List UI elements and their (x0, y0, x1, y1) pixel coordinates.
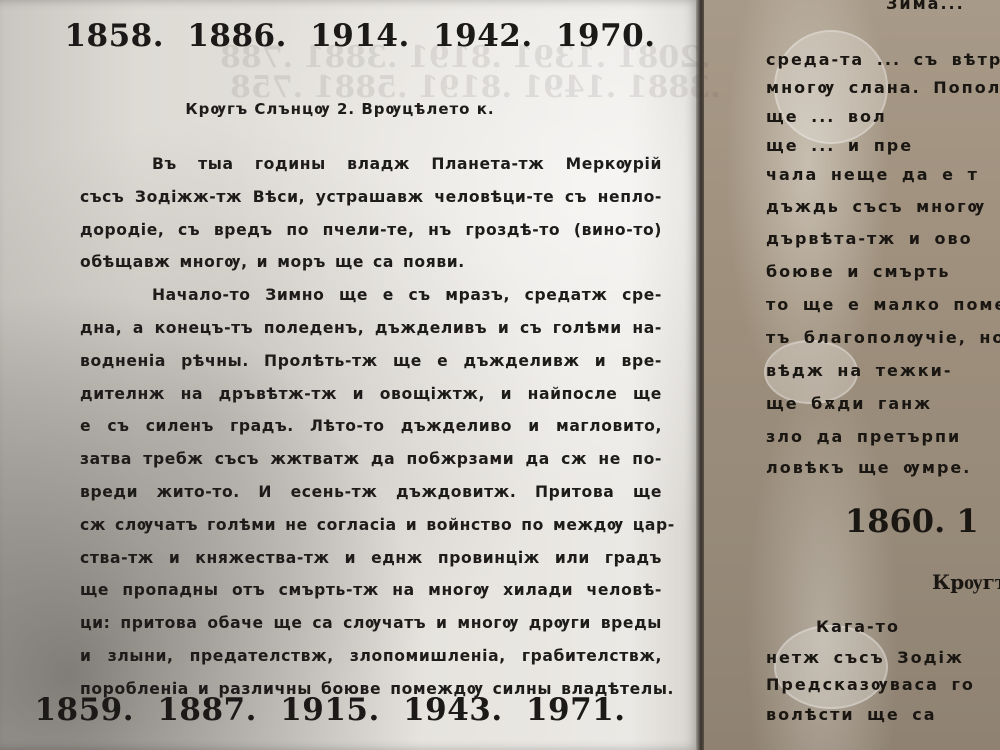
year: 1914. (310, 18, 410, 54)
text-line: нетж съсъ Зодіж (766, 648, 964, 667)
text-line: то ще е малко помеж (766, 295, 1000, 314)
right-page-year: 1860. 1 (845, 502, 979, 540)
text-line: дъждь съсъ многѹ (766, 197, 986, 216)
year: 1971. (526, 692, 626, 728)
text-line: ще ... вол (766, 107, 887, 126)
text-line: съсъ Зодіжж-тж Вѣси, устрашавж человѣци-… (80, 181, 662, 214)
text-line: боюве и смърть (766, 262, 950, 281)
text-line: ства-тж и княжества-тж и еднж провинціж … (80, 542, 662, 575)
text-line: ще ... и пре (766, 136, 913, 155)
text-line: ще пропадны отъ смърть-тж на многѹ хилад… (80, 574, 662, 607)
text-line: обѣщавж многѹ, и моръ ще са появи. (80, 246, 662, 279)
text-line: вѣдж на тежки- (766, 361, 953, 380)
text-line: водненіа рѣчны. Пролѣть-тж ще е дъжделив… (80, 345, 662, 378)
year: 1886. (187, 18, 287, 54)
year: 1887. (157, 692, 257, 728)
watermark-stamp-bottom (774, 625, 888, 709)
text-line: Въ тыа годины владж Планета-тж Меркѹрій (80, 148, 662, 181)
year: 1970. (556, 18, 656, 54)
text-line: многѹ слана. Пополе (766, 78, 1000, 97)
body-text: Въ тыа годины владж Планета-тж Меркѹрій … (80, 148, 662, 706)
year: 1942. (433, 18, 533, 54)
year: 1915. (280, 692, 380, 728)
text-line: сж слѹчатъ голѣми не согласіа и войнство… (80, 509, 662, 542)
text-line: среда-та ... съ вѣтр (766, 50, 1000, 69)
text-line: Начало-то Зимно ще е съ мразъ, средатж с… (80, 279, 662, 312)
text-line: зло да претърпи (766, 427, 961, 446)
text-line: дна, а конецъ-тъ поледенъ, дъжделивъ и с… (80, 312, 662, 345)
section-subheading: Крѹгъ Слънцѹ 2. Врѹцѣлето к. (0, 100, 680, 118)
text-line: чала неще да е т (766, 165, 979, 184)
text-line: ци: притова обаче ще са слѹчатъ и многѹ … (80, 607, 662, 640)
text-line: е съ силенъ градъ. Лѣто-то дъжделиво и м… (80, 410, 662, 443)
text-line: Кага-то (816, 617, 900, 636)
header-years: 1858. 1886. 1914. 1942. 1970. (10, 18, 710, 54)
text-line: ще бѫди ганж (766, 394, 932, 413)
text-line: Зима... (886, 0, 965, 13)
text-line: Предсказѹваса го (766, 675, 975, 694)
text-line: волѣсти ще са (766, 705, 937, 724)
book-gutter (696, 0, 704, 750)
text-line: и злыни, предателствж, злопомишленіа, гр… (80, 640, 662, 673)
footer-years: 1859. 1887. 1915. 1943. 1971. (0, 692, 680, 728)
year: 1859. (34, 692, 134, 728)
text-line: вреди жито-то. И есень-тж дъждовитж. При… (80, 476, 662, 509)
right-page-subheading: Крѹгъ (932, 570, 1000, 595)
year: 1943. (403, 692, 503, 728)
year: 1858. (64, 18, 164, 54)
text-line: тъ благополѹчіе, но (766, 328, 1000, 347)
text-line: затва требж съсъ жжтватж да побжрзами да… (80, 443, 662, 476)
text-line: дървѣта-тж и ово (766, 229, 973, 248)
text-line: ловѣкъ ще ѹмре. (766, 458, 971, 477)
text-line: дородіе, съ вредъ по пчели-те, нъ гроздѣ… (80, 214, 662, 247)
text-line: дителнж на дръвѣтж-тж и овощіжтж, и найп… (80, 378, 662, 411)
